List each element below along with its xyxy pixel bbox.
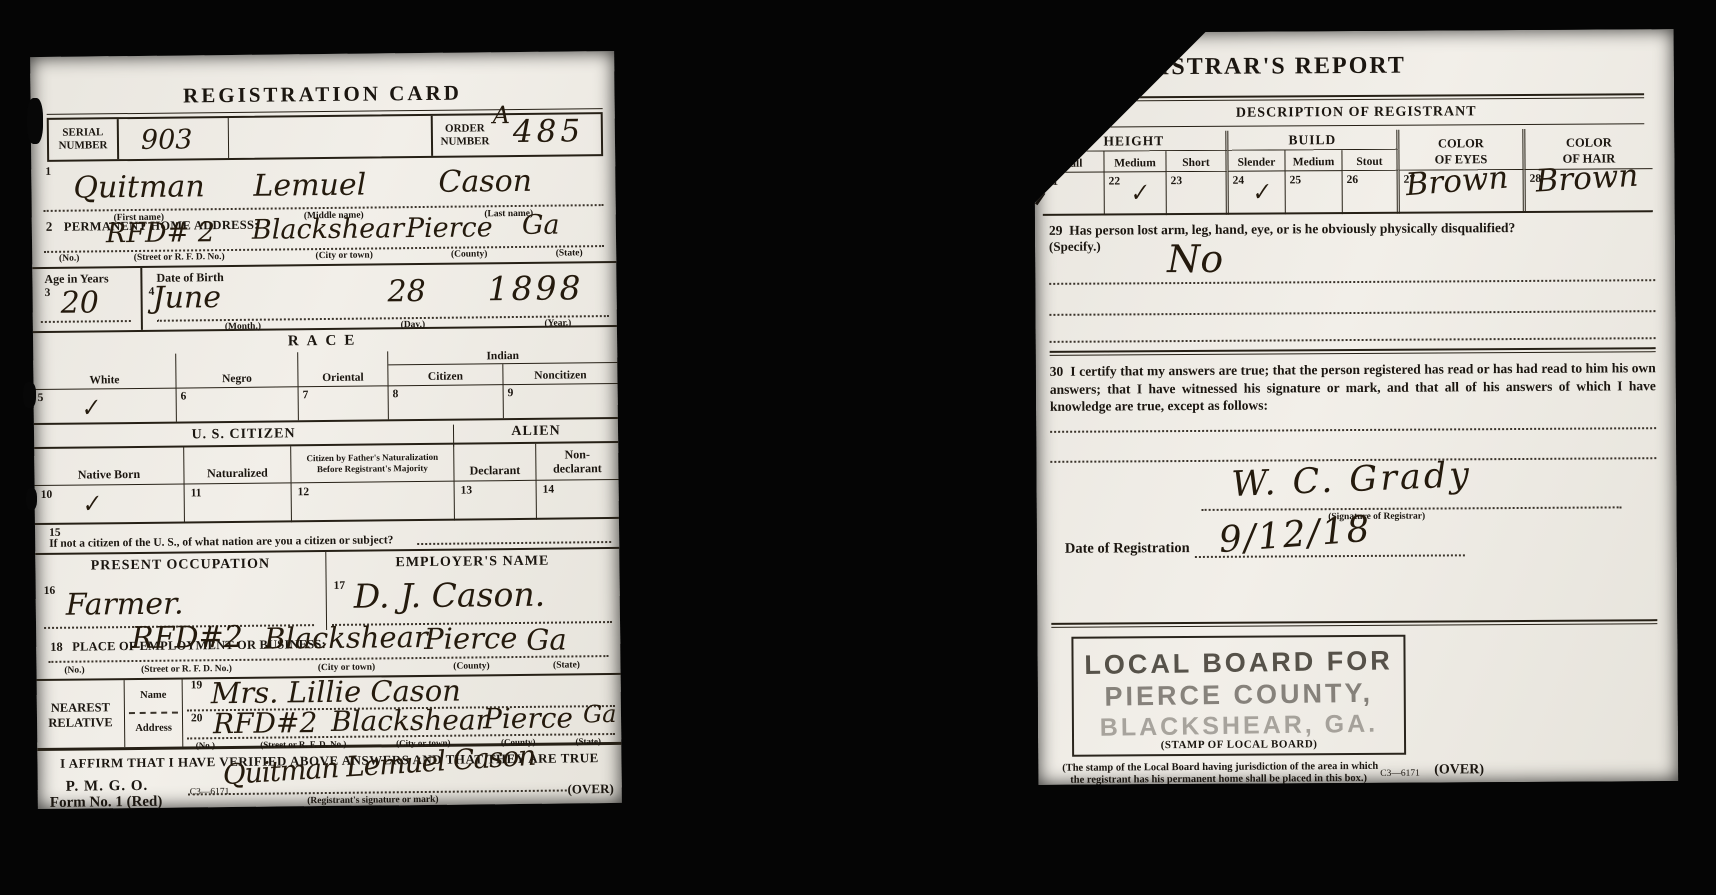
stout-label: Stout bbox=[1342, 150, 1399, 170]
caption-no: (No.) bbox=[59, 254, 79, 264]
stamp-note-line-1: (The stamp of the Local Board having jur… bbox=[1062, 761, 1378, 774]
relative-address-label: Address bbox=[125, 723, 182, 735]
race-indian-noncitizen-label: Noncitizen bbox=[503, 363, 617, 384]
caption-street: (Street or R. F. D. No.) bbox=[141, 664, 232, 675]
registration-card-front: REGISTRATION CARD SERIAL NUMBER 903 ORDE… bbox=[30, 51, 622, 809]
dob-month-handwriting: June bbox=[152, 283, 221, 314]
dashed-divider bbox=[129, 712, 178, 715]
employment-street-handwriting: RFD#2 bbox=[131, 623, 243, 654]
middle-name-handwriting: Lemuel bbox=[253, 171, 366, 202]
relative-city-handwriting: Blackshear bbox=[331, 706, 489, 736]
native-born-box: 10 ✓ bbox=[35, 483, 185, 525]
address-state-handwriting: Ga bbox=[522, 212, 560, 239]
caption-county: (County) bbox=[453, 661, 490, 671]
dob-cell: Date of Birth 4 June 28 1898 (Month.) (D… bbox=[142, 263, 617, 330]
line-number-2: 2 bbox=[46, 219, 53, 235]
line-number-17: 17 bbox=[334, 580, 346, 592]
employment-city-handwriting: Blackshear bbox=[264, 623, 428, 654]
question-29-answer-handwriting: No bbox=[1167, 240, 1223, 278]
question-30: 30 I certify that my answers are true; t… bbox=[1050, 359, 1656, 415]
caption-month: (Month.) bbox=[225, 322, 261, 332]
serial-order-box: SERIAL NUMBER 903 ORDER NUMBER A 485 bbox=[47, 112, 603, 162]
address-street-handwriting: RFD# 2 bbox=[106, 219, 215, 247]
order-number-value: 485 bbox=[513, 116, 584, 148]
question-29: 29 Has person lost arm, leg, hand, eye, … bbox=[1049, 219, 1655, 255]
relative-county-handwriting: Pierce bbox=[483, 704, 573, 733]
employers-name-header: EMPLOYER'S NAME bbox=[325, 553, 619, 572]
address-city-handwriting: Blackshear bbox=[252, 215, 405, 244]
stamp-line-1: LOCAL BOARD FOR bbox=[1073, 645, 1403, 681]
non-declarant-label: Non- declarant bbox=[536, 443, 618, 480]
over-label: (OVER) bbox=[1434, 762, 1484, 778]
question-30-text: I certify that my answers are true; that… bbox=[1050, 360, 1656, 414]
relative-sublabels: Name Address bbox=[125, 680, 184, 748]
serial-number-value: 903 bbox=[141, 126, 193, 154]
caption-county: (County) bbox=[451, 249, 488, 259]
serial-number-label: SERIAL NUMBER bbox=[49, 119, 119, 160]
dotted-line bbox=[1049, 310, 1655, 316]
eye-color-handwriting: Brown bbox=[1405, 163, 1510, 202]
stamp-caption: (STAMP OF LOCAL BOARD) bbox=[1074, 738, 1404, 752]
race-negro-box: 6 bbox=[177, 386, 299, 421]
stout-box: 26 bbox=[1343, 170, 1400, 214]
non-declarant-box: 14 bbox=[537, 479, 619, 520]
caption-city: (City or town) bbox=[318, 662, 375, 673]
nearest-relative-label: NEAREST RELATIVE bbox=[37, 680, 126, 748]
order-number-label: ORDER NUMBER bbox=[431, 115, 497, 156]
double-rule bbox=[1051, 619, 1657, 628]
local-board-stamp-box: LOCAL BOARD FOR PIERCE COUNTY, BLACKSHEA… bbox=[1071, 635, 1406, 757]
order-number-cell: A 485 bbox=[497, 114, 601, 155]
employment-county-handwriting: Pierce bbox=[424, 624, 518, 654]
relative-state-handwriting: Ga bbox=[583, 702, 617, 726]
build-medium-label: Medium bbox=[1285, 150, 1342, 170]
slender-label: Slender bbox=[1228, 150, 1285, 170]
checkmark: ✓ bbox=[81, 393, 102, 423]
caption-street: (Street or R. F. D. No.) bbox=[134, 252, 225, 263]
race-white-box: 5 ✓ bbox=[34, 388, 177, 423]
race-table: White Negro Oriental Indian Citizen Nonc… bbox=[33, 349, 618, 425]
tall-label: Tall bbox=[1042, 152, 1104, 172]
registrar-signature-handwriting: W. C. Grady bbox=[1231, 458, 1473, 503]
checkmark: ✓ bbox=[82, 489, 103, 519]
question-29-number: 29 bbox=[1049, 223, 1063, 238]
age-cell: Age in Years 3 20 bbox=[32, 268, 143, 331]
tall-box: 21 bbox=[1043, 172, 1105, 216]
registration-date-handwriting: 9/12/18 bbox=[1218, 512, 1373, 559]
line-number-19: 19 bbox=[191, 679, 203, 691]
over-label: (OVER) bbox=[567, 781, 613, 797]
dotted-line bbox=[1049, 279, 1655, 285]
checkmark: ✓ bbox=[1252, 177, 1273, 207]
dotted-line bbox=[1050, 427, 1656, 433]
dotted-line bbox=[1202, 506, 1622, 511]
declarant-label: Declarant bbox=[454, 444, 536, 481]
address-county-handwriting: Pierce bbox=[406, 214, 493, 242]
caption-city: (City or town) bbox=[315, 251, 372, 262]
build-header: BUILD bbox=[1228, 130, 1399, 151]
line-number-16: 16 bbox=[44, 585, 56, 597]
registrant-signature-caption: (Registrant's signature or mark) bbox=[307, 795, 438, 806]
dotted-line bbox=[48, 655, 608, 663]
citizen-by-father-label: Citizen by Father's Naturalization Befor… bbox=[291, 445, 454, 483]
description-header: DESCRIPTION OF REGISTRANT bbox=[1068, 103, 1644, 123]
front-footer: P. M. G. O. Form No. 1 (Red) C3—6171 Qui… bbox=[38, 767, 622, 815]
scan-artifact bbox=[23, 382, 36, 408]
race-oriental-box: 7 bbox=[299, 385, 389, 420]
build-medium-box: 25 bbox=[1286, 170, 1343, 214]
line-number-3: 3 bbox=[44, 287, 50, 299]
question-30-number: 30 bbox=[1050, 364, 1064, 379]
age-dob-row: Age in Years 3 20 Date of Birth 4 June 2… bbox=[32, 261, 617, 333]
naturalized-box: 11 bbox=[185, 482, 292, 523]
home-address-line: 2 PERMANENT HOME ADDRESS: RFD# 2 Blacksh… bbox=[44, 209, 604, 253]
short-label: Short bbox=[1166, 151, 1228, 171]
dotted-line bbox=[1195, 554, 1465, 558]
line-15-question: If not a citizen of the U. S., of what n… bbox=[49, 534, 393, 550]
race-indian-citizen-box: 8 bbox=[389, 384, 504, 419]
race-negro-label: Negro bbox=[176, 352, 298, 387]
relative-street-handwriting: RFD#2 bbox=[213, 709, 318, 738]
form-code: C3—6171 bbox=[1380, 769, 1420, 779]
present-occupation-header: PRESENT OCCUPATION bbox=[35, 556, 325, 575]
age-label: Age in Years bbox=[44, 271, 108, 287]
relative-name-label: Name bbox=[125, 690, 182, 702]
checkmark: ✓ bbox=[1130, 178, 1151, 208]
caption-state: (State) bbox=[575, 736, 601, 746]
description-table: HEIGHT BUILD COLOROF EYES COLOROF HAIR T… bbox=[1042, 128, 1653, 216]
front-title: REGISTRATION CARD bbox=[30, 79, 614, 110]
citizen-by-father-box: 12 bbox=[292, 481, 455, 523]
caption-state: (State) bbox=[556, 248, 583, 258]
order-number-prefix: A bbox=[493, 103, 511, 127]
scan-artifact bbox=[26, 488, 37, 510]
last-name-handwriting: Cason bbox=[438, 167, 532, 198]
declarant-box: 13 bbox=[455, 480, 537, 521]
line-number-1: 1 bbox=[45, 166, 51, 178]
age-handwriting: 20 bbox=[61, 288, 99, 318]
employer-handwriting: D. J. Cason. bbox=[354, 578, 546, 613]
race-oriental-label: Oriental bbox=[298, 351, 388, 386]
date-of-registration-label: Date of Registration bbox=[1065, 540, 1190, 558]
line-number-18: 18 bbox=[50, 640, 63, 655]
hair-color-handwriting: Brown bbox=[1535, 161, 1639, 198]
name-line: 1 Quitman Lemuel Cason bbox=[43, 158, 603, 212]
first-name-handwriting: Quitman bbox=[73, 172, 205, 203]
race-white-label: White bbox=[33, 354, 176, 389]
caption-year: (Year.) bbox=[544, 318, 571, 328]
height-medium-label: Medium bbox=[1104, 151, 1166, 171]
height-medium-box: 22 ✓ bbox=[1105, 171, 1167, 215]
rule bbox=[1068, 123, 1644, 128]
dotted-line bbox=[41, 320, 131, 323]
caption-no: (No.) bbox=[196, 740, 215, 750]
hair-box: 28 Brown bbox=[1526, 168, 1653, 213]
scan-artifact bbox=[27, 98, 43, 144]
eyes-box: 27 Brown bbox=[1400, 169, 1526, 214]
back-title: REGISTRAR'S REPORT bbox=[1064, 52, 1444, 81]
race-indian-noncitizen-box: 9 bbox=[504, 383, 618, 418]
form-number-label: Form No. 1 (Red) bbox=[50, 794, 163, 812]
alien-header: ALIEN bbox=[454, 423, 618, 441]
relative-values: 19 Mrs. Lillie Cason 20 RFD#2 Blackshear… bbox=[183, 675, 622, 747]
dob-day-handwriting: 28 bbox=[387, 277, 425, 307]
caption-state: (State) bbox=[553, 660, 580, 670]
double-rule bbox=[1068, 93, 1644, 102]
dob-year-handwriting: 1898 bbox=[487, 271, 583, 305]
naturalized-label: Naturalized bbox=[184, 446, 291, 483]
race-indian-citizen-label: Citizen bbox=[388, 364, 503, 385]
scanned-draft-card-page: { "front": { "title": "REGISTRATION CARD… bbox=[0, 0, 1716, 895]
height-header: HEIGHT bbox=[1042, 131, 1228, 152]
occupation-handwriting: Farmer. bbox=[66, 590, 184, 621]
caption-no: (No.) bbox=[64, 666, 84, 676]
stamp-line-2: PIERCE COUNTY, bbox=[1074, 677, 1404, 713]
native-born-label: Native Born bbox=[34, 447, 184, 485]
registrars-report-back: 10–2–36–C REGISTRAR'S REPORT DESCRIPTION… bbox=[1034, 29, 1679, 785]
slender-box: 24 ✓ bbox=[1229, 170, 1286, 214]
caption-street: (Street or R. F. D. No.) bbox=[260, 739, 346, 750]
caption-day: (Day.) bbox=[401, 320, 426, 330]
short-box: 23 bbox=[1167, 171, 1229, 215]
dotted-line bbox=[1050, 337, 1656, 343]
stamp-note-line-2: the registrant has his permanent home sh… bbox=[1070, 773, 1367, 786]
employment-section: 18 PLACE OF EMPLOYMENT OR BUSINESS: RFD#… bbox=[36, 627, 620, 679]
employment-state-handwriting: Ga bbox=[526, 625, 567, 654]
dotted-line bbox=[157, 315, 609, 322]
double-rule bbox=[1050, 347, 1656, 356]
citizen-table: Native Born Naturalized Citizen by Fathe… bbox=[34, 443, 619, 525]
serial-number-cell: 903 bbox=[119, 118, 229, 159]
line-number-20: 20 bbox=[191, 712, 203, 724]
question-29-text: Has person lost arm, leg, hand, eye, or … bbox=[1069, 220, 1515, 238]
serial-blank-cell bbox=[229, 116, 431, 158]
dotted-line bbox=[417, 541, 611, 545]
